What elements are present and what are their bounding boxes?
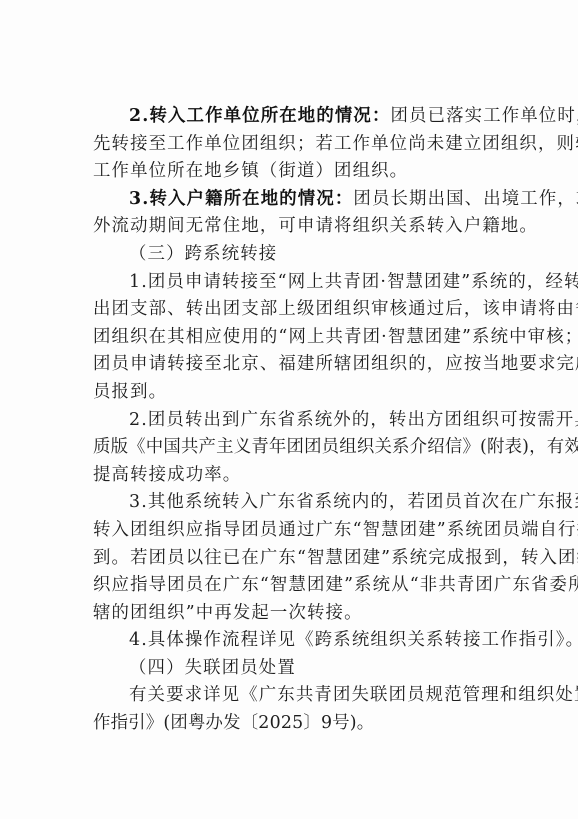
text-line: 转入团组织应指导团员通过广东“智慧团建”系统团员端自行报 (93, 517, 491, 545)
text-line: 3.转入户籍所在地的情况：团员长期出国、出境工作，或在 (93, 186, 491, 214)
text-line: 工作单位所在地乡镇（街道）团组织。 (93, 158, 491, 186)
document-page: 2.转入工作单位所在地的情况：团员已落实工作单位时，优 先转接至工作单位团组织；… (0, 0, 578, 819)
text-line: 团组织在其相应使用的“网上共青团·智慧团建”系统中审核； (93, 324, 491, 352)
text-line: 出团支部、转出团支部上级团组织审核通过后，该申请将由省外 (93, 296, 491, 324)
paragraph-cross-3: 3.其他系统转入广东省系统内的，若团员首次在广东报到， 转入团组织应指导团员通过… (93, 489, 491, 627)
bold-heading: 3.转入户籍所在地的情况： (129, 189, 353, 209)
paragraph-household: 3.转入户籍所在地的情况：团员长期出国、出境工作，或在 外流动期间无常住地，可申… (93, 186, 491, 241)
text-line: 外流动期间无常住地，可申请将组织关系转入户籍地。 (93, 213, 491, 241)
paragraph-cross-2: 2.团员转出到广东省系统外的，转出方团组织可按需开具纸 质版《中国共产主义青年团… (93, 407, 491, 490)
text-line: 团员申请转接至北京、福建所辖团组织的，应按当地要求完成团 (93, 351, 491, 379)
section-heading-lost-contact: （四）失联团员处置 (93, 655, 491, 683)
text-line: 辖的团组织”中再发起一次转接。 (93, 600, 491, 628)
text-span: 团员长期出国、出境工作，或在 (353, 189, 578, 209)
text-line: 有关要求详见《广东共青团失联团员规范管理和组织处置工 (93, 682, 491, 710)
text-line: 到。若团员以往已在广东“智慧团建”系统完成报到，转入团组 (93, 545, 491, 573)
text-line: 2.转入工作单位所在地的情况：团员已落实工作单位时，优 (93, 103, 491, 131)
text-line: 提高转接成功率。 (93, 462, 491, 490)
text-line: 2.团员转出到广东省系统外的，转出方团组织可按需开具纸 (93, 407, 491, 435)
bold-heading: 2.转入工作单位所在地的情况： (129, 106, 390, 126)
text-line: 1.团员申请转接至“网上共青团·智慧团建”系统的，经转 (93, 269, 491, 297)
paragraph-work-unit: 2.转入工作单位所在地的情况：团员已落实工作单位时，优 先转接至工作单位团组织；… (93, 103, 491, 186)
paragraph-cross-4: 4.具体操作流程详见《跨系统组织关系转接工作指引》。 (93, 627, 491, 655)
text-line: 质版《中国共产主义青年团团员组织关系介绍信》(附表)，有效 (93, 434, 491, 462)
text-line: 织应指导团员在广东“智慧团建”系统从“非共青团广东省委所 (93, 572, 491, 600)
section-heading: （三）跨系统转接 (93, 241, 491, 269)
section-heading: （四）失联团员处置 (93, 655, 491, 683)
document-body: 2.转入工作单位所在地的情况：团员已落实工作单位时，优 先转接至工作单位团组织；… (93, 103, 491, 738)
section-heading-cross-system: （三）跨系统转接 (93, 241, 491, 269)
text-line: 3.其他系统转入广东省系统内的，若团员首次在广东报到， (93, 489, 491, 517)
paragraph-lost-contact: 有关要求详见《广东共青团失联团员规范管理和组织处置工 作指引》(团粤办发〔202… (93, 682, 491, 737)
paragraph-cross-1: 1.团员申请转接至“网上共青团·智慧团建”系统的，经转 出团支部、转出团支部上级… (93, 269, 491, 407)
text-line: 先转接至工作单位团组织；若工作单位尚未建立团组织，则转入 (93, 131, 491, 159)
text-line: 员报到。 (93, 379, 491, 407)
text-line: 作指引》(团粤办发〔2025〕9号)。 (93, 710, 491, 738)
text-line: 4.具体操作流程详见《跨系统组织关系转接工作指引》。 (93, 627, 491, 655)
text-span: 团员已落实工作单位时，优 (390, 106, 578, 126)
